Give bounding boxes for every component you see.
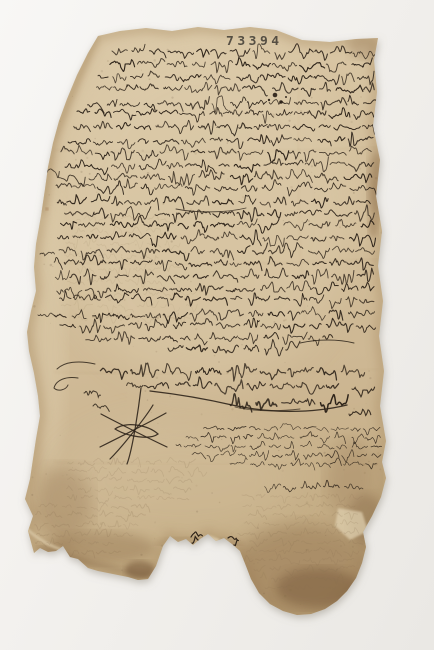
photo-backdrop: 73394 xyxy=(0,0,434,650)
catalog-stamp: 73394 xyxy=(226,34,283,48)
manuscript-photo xyxy=(0,0,434,650)
